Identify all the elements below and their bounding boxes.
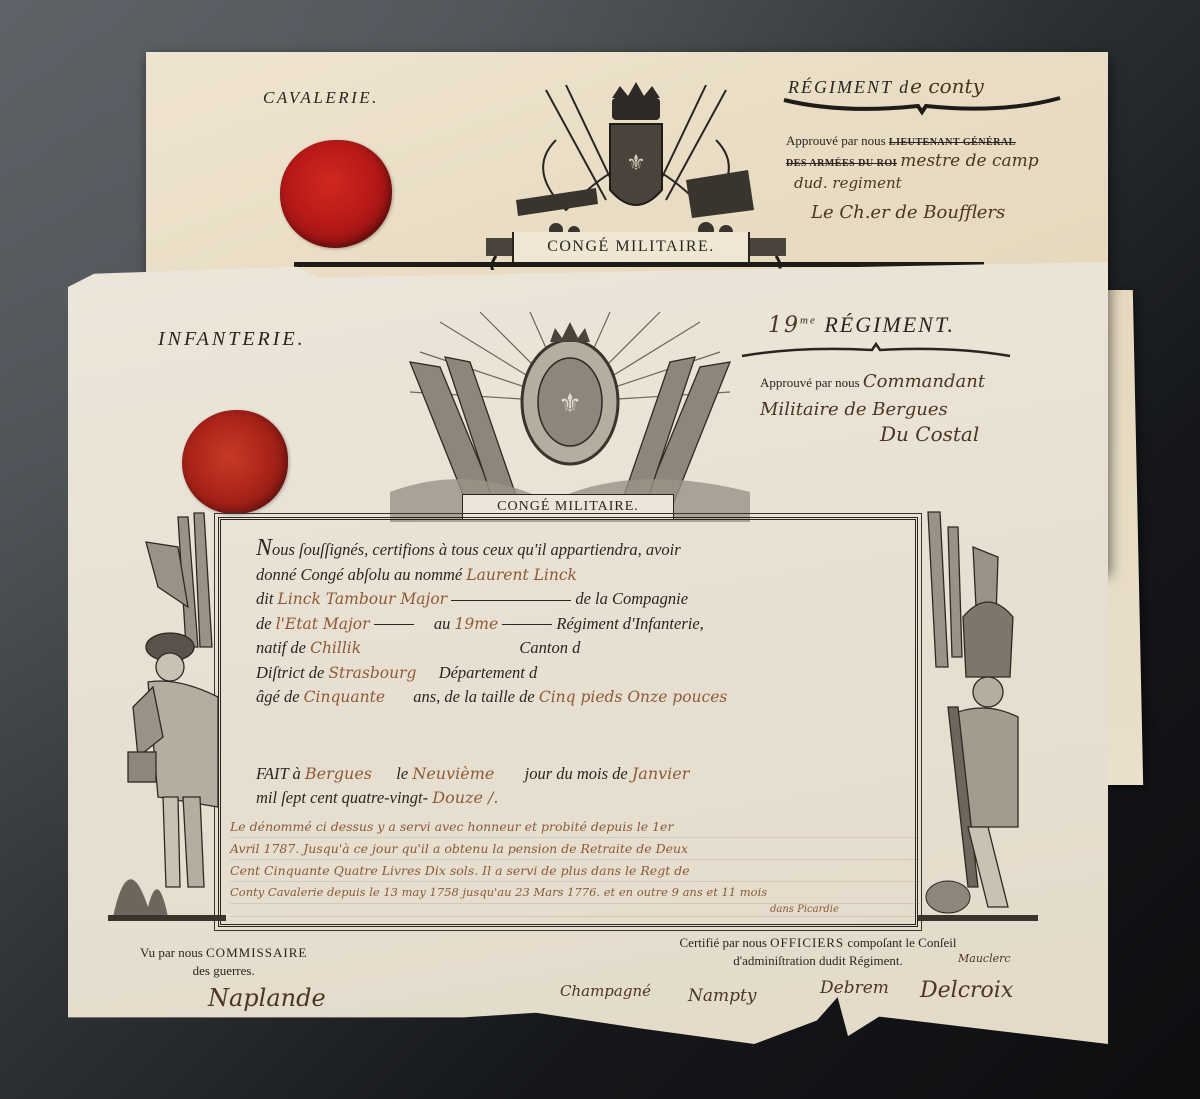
back-approve-prefix: Approuvé par nous <box>786 133 886 148</box>
company-handwritten: l'Etat Major <box>276 615 370 633</box>
body-line-6: Diſtrict de Strasbourg Département d <box>256 661 916 686</box>
annotation-line: Avril 1787. Jusqu'à ce jour qu'il a obte… <box>230 838 920 860</box>
soldier-name-handwritten: Laurent Linck <box>466 566 577 584</box>
body-line-1: Nous ſouſſignés, certifions à tous ceux … <box>256 536 916 563</box>
back-regiment-handwritten: e conty <box>910 74 984 98</box>
fait-printed: le <box>396 764 408 783</box>
engraved-grenadier-figure-right <box>918 507 1038 927</box>
signature-officer-3: Debrem <box>820 978 889 998</box>
svg-text:⚜: ⚜ <box>626 150 646 175</box>
body-printed: donné Congé abſolu au nommé <box>256 565 462 584</box>
front-regiment-heading: 19me RÉGIMENT. <box>768 312 955 338</box>
body-printed: âgé de <box>256 687 300 706</box>
body-printed: Diſtrict de <box>256 663 324 682</box>
cert-rest: compoſant le Conſeil <box>847 935 956 950</box>
cert-title: OFFICIERS <box>770 935 844 950</box>
svg-text:⚜: ⚜ <box>558 389 581 418</box>
fait-line-2: mil ſept cent quatre-vingt- Douze /. <box>256 786 916 810</box>
signature-officer-2: Nampty <box>688 986 756 1006</box>
back-title-conge-militaire: CONGÉ MILITAIRE. <box>512 232 750 266</box>
front-document-infanterie: INFANTERIE. 19me RÉGIMENT. Approuvé par … <box>68 262 1108 1044</box>
day-handwritten: Neuvième <box>412 764 494 783</box>
month-handwritten: Janvier <box>632 764 690 783</box>
back-brace-ornament <box>782 96 1062 116</box>
back-approve-hand-2: dud. regiment <box>794 174 902 192</box>
vu-title: COMMISSAIRE <box>206 945 307 960</box>
back-regiment-heading: RÉGIMENT de conty <box>788 74 984 98</box>
back-approval-block: Approuvé par nous LIEUTENANT GÉNÉRAL DES… <box>786 132 1106 172</box>
body-printed: natif de <box>256 638 306 657</box>
cert-prefix: Certifié par nous <box>680 935 767 950</box>
commissaire-block: Vu par nous COMMISSAIRE des guerres. <box>140 944 307 979</box>
back-frame-top-rule <box>294 262 984 267</box>
fait-printed: jour du mois de <box>525 764 628 783</box>
blank-rule <box>451 600 571 601</box>
date-place-block: FAIT à Bergues le Neuvième jour du mois … <box>256 762 916 810</box>
body-line-3: dit Linck Tambour Major de la Compagnie <box>256 587 916 612</box>
engraved-soldier-figure-left <box>108 507 226 927</box>
back-approve-struck-1: LIEUTENANT GÉNÉRAL <box>889 137 1016 148</box>
rank-handwritten: Linck Tambour Major <box>278 590 448 608</box>
front-approve-hand-1: Commandant <box>863 371 985 392</box>
signature-officer-1: Champagné <box>560 982 651 1000</box>
vu-line-2: des guerres. <box>140 962 307 980</box>
back-approve-struck-2: DES ARMÉES DU ROI <box>786 158 897 169</box>
front-regiment-sup: me <box>800 315 817 327</box>
age-handwritten: Cinquante <box>304 688 385 706</box>
body-line-7: âgé de Cinquante ans, de la taille de Ci… <box>256 685 916 710</box>
signature-commissaire: Naplande <box>208 984 326 1012</box>
red-wax-seal-back <box>280 140 392 248</box>
radiant-royal-arms-with-flags-engraving: ⚜ <box>350 312 790 522</box>
fait-printed: FAIT à <box>256 764 301 783</box>
annotation-line: Conty Cavalerie depuis le 13 may 1758 ju… <box>230 882 920 904</box>
back-signature: Le Ch.er de Boufflers <box>811 202 1005 223</box>
body-printed: dit <box>256 589 273 608</box>
fait-printed: mil ſept cent quatre-vingt- <box>256 788 428 807</box>
body-printed: de la Compagnie <box>575 589 688 608</box>
back-approve-hand-1: mestre de camp <box>900 151 1038 171</box>
body-printed: de <box>256 614 272 633</box>
body-line-5: natif de Chillik Canton d <box>256 636 916 661</box>
fait-line-1: FAIT à Bergues le Neuvième jour du mois … <box>256 762 916 786</box>
body-printed: ans, de la taille de <box>413 687 534 706</box>
red-wax-seal-front <box>182 410 288 514</box>
front-approval-block: Approuvé par nous Commandant Militaire d… <box>760 368 1040 424</box>
annotation-line: Le dénommé ci dessus y a servi avec honn… <box>230 816 920 838</box>
certificate-body: Nous ſouſſignés, certifions à tous ceux … <box>256 536 916 710</box>
back-branch-title: CAVALERIE. <box>263 88 379 108</box>
place-handwritten: Bergues <box>305 764 372 783</box>
back-regiment-printed: RÉGIMENT d <box>788 77 910 97</box>
body-printed: Canton d <box>519 638 580 657</box>
body-printed: Département d <box>439 663 538 682</box>
body-line-4: de l'Etat Major au 19me Régiment d'Infan… <box>256 612 916 637</box>
service-record-annotation: Le dénommé ci dessus y a servi avec honn… <box>230 816 920 917</box>
body-line-2: donné Congé abſolu au nommé Laurent Linc… <box>256 563 916 588</box>
birthplace-handwritten: Chillik <box>310 639 361 657</box>
vu-prefix: Vu par nous <box>140 945 203 960</box>
regiment-number-handwritten: 19me <box>455 615 499 633</box>
body-printed: Régiment d'Infanterie, <box>556 614 703 633</box>
front-regiment-word: RÉGIMENT. <box>824 312 955 337</box>
drop-cap: N <box>256 535 272 561</box>
body-printed: ous ſouſſignés, certifions à tous ceux q… <box>272 540 681 559</box>
signature-officer-5: Mauclerc <box>958 952 1011 965</box>
height-handwritten: Cinq pieds Onze pouces <box>539 688 728 706</box>
blank-rule <box>374 624 414 625</box>
body-printed: au <box>434 614 451 633</box>
district-handwritten: Strasbourg <box>328 664 416 682</box>
annotation-line: dans Picardie <box>230 904 920 917</box>
front-approve-signature: Du Costal <box>880 422 979 446</box>
front-branch-title: INFANTERIE. <box>158 328 306 351</box>
signature-officer-4: Delcroix <box>920 978 1013 1003</box>
blank-rule <box>502 624 552 625</box>
year-handwritten: Douze /. <box>432 788 498 807</box>
annotation-line: Cent Cinquante Quatre Livres Dix sols. I… <box>230 860 920 882</box>
